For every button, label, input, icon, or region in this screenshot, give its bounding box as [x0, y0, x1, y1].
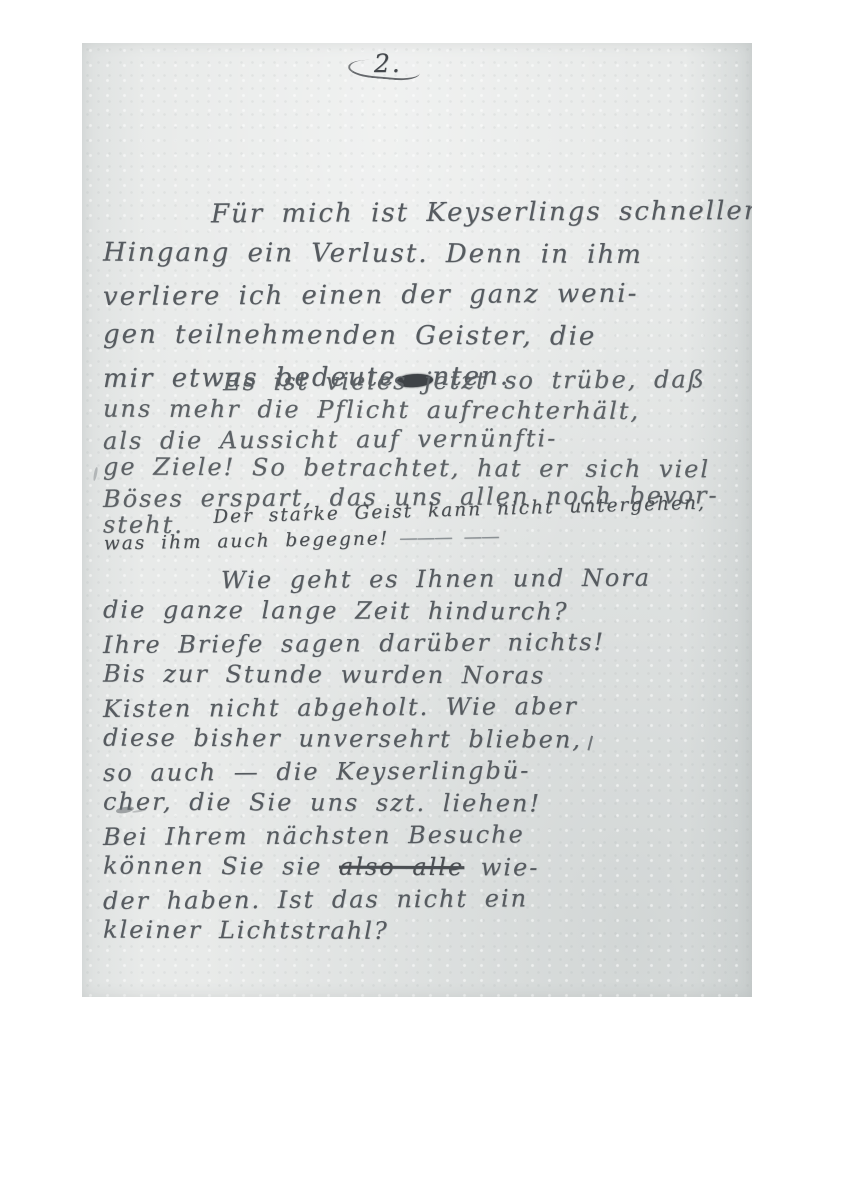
stray-pen-stroke: [587, 736, 593, 751]
letter-line: Bei Ihrem nächsten Besuche: [103, 817, 751, 853]
letter-line: verliere ich einen der ganz weni-: [103, 273, 751, 318]
letter-line: uns mehr die Pflicht aufrechterhält,: [103, 395, 751, 427]
letter-line: diese bisher unversehrt blieben,: [103, 722, 751, 757]
letter-line: so auch — die Keyserlingbü-: [103, 753, 751, 789]
letter-line: Wie geht es Ihnen und Nora: [103, 561, 751, 597]
letter-line: Für mich ist Keyserlings schneller: [103, 191, 751, 236]
letter-line: Kisten nicht abgeholt. Wie aber: [103, 689, 751, 725]
letter-line: gen teilnehmenden Geister, die: [103, 315, 751, 359]
scan-background: { "scan": { "page_number": "2.", "paper_…: [0, 0, 843, 1189]
paragraph-3: Wie geht es Ihnen und Nora die ganze lan…: [103, 563, 751, 947]
letter-line-text: was ihm auch begegne!: [104, 528, 390, 554]
letter-line: als die Aussicht auf vernünfti-: [103, 423, 751, 456]
letter-line: Ihre Briefe sagen darüber nichts!: [103, 625, 751, 661]
letter-line: kleiner Lichtstrahl?: [103, 914, 751, 949]
letter-line: können Sie sie also alle wie-: [103, 850, 751, 885]
letter-line: Bis zur Stunde wurden Noras: [103, 658, 751, 693]
letter-line: ge Ziele! So betrachtet, hat er sich vie…: [103, 453, 751, 485]
letter-line: Hingang ein Verlust. Denn in ihm: [103, 233, 751, 277]
letter-line-text: wie-: [464, 853, 539, 881]
struck-words: also alle: [339, 853, 464, 882]
letter-line: der haben. Ist das nicht ein: [103, 881, 751, 917]
letter-line: cher, die Sie uns szt. liehen!: [103, 786, 751, 821]
page-number: 2.: [374, 49, 402, 78]
trailing-dashes: ——— ——: [389, 526, 499, 549]
letter-line-text: diese bisher unversehrt blieben,: [103, 724, 582, 754]
letter-line: die ganze lange Zeit hindurch?: [103, 594, 751, 629]
letter-scan-page: 2. Für mich ist Keyserlings schneller Hi…: [82, 43, 752, 997]
letter-line: Es ist vieles jetzt so trübe, daß: [103, 365, 751, 398]
letter-line-text: können Sie sie: [103, 852, 339, 881]
margin-smudge: [93, 467, 98, 481]
